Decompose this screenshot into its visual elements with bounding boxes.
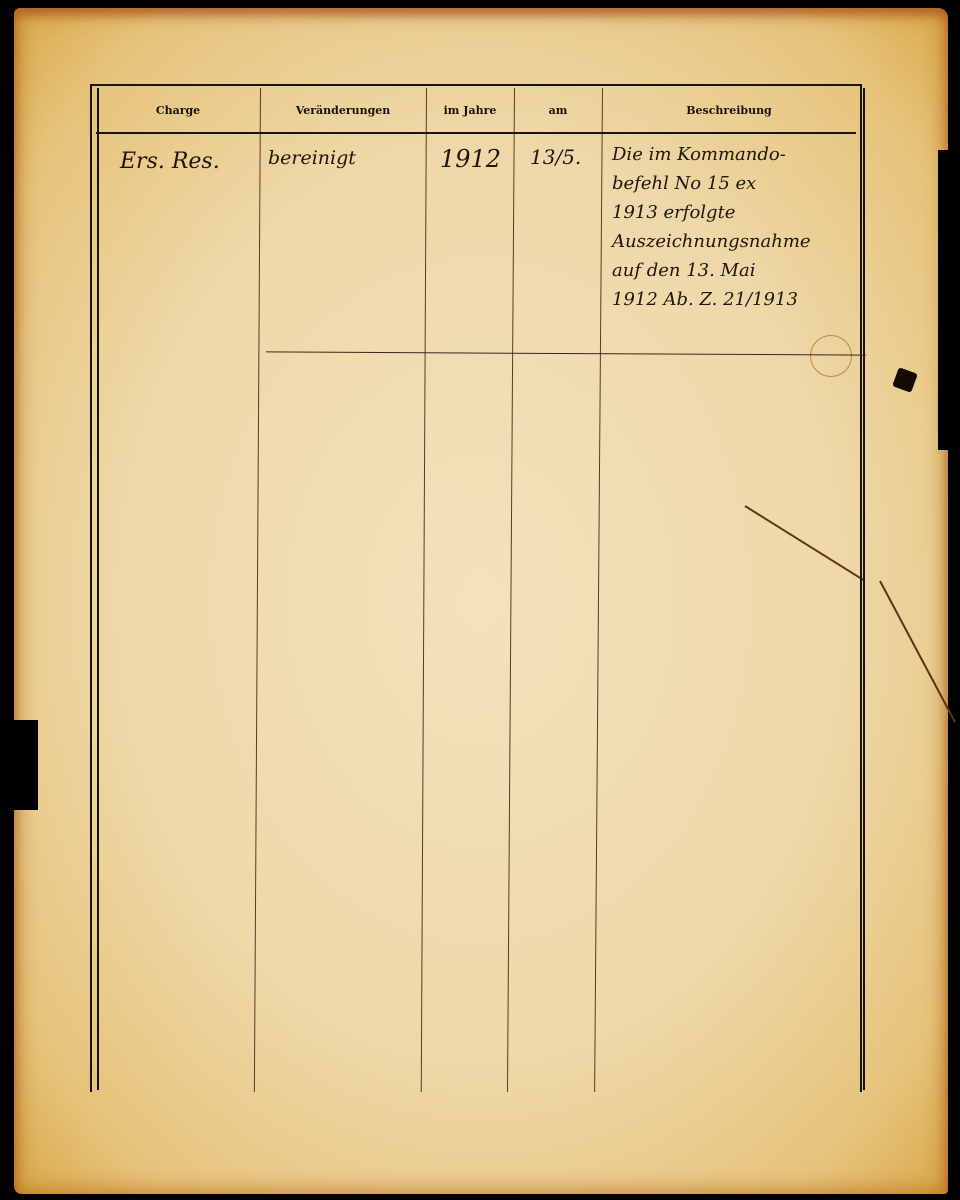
cell-beschreibung: Die im Kommando- befehl No 15 ex 1913 er…	[612, 140, 862, 314]
desc-line: 1912 Ab. Z. 21/1913	[612, 285, 862, 314]
right-double-rule	[863, 88, 865, 1090]
left-double-rule	[97, 88, 99, 1090]
cell-im-jahre: 1912	[440, 146, 501, 172]
desc-line: auf den 13. Mai	[612, 256, 862, 285]
desc-line: befehl No 15 ex	[612, 169, 862, 198]
desc-line: 1913 erfolgte	[612, 198, 862, 227]
desc-line: Auszeichnungsnahme	[612, 227, 862, 256]
header-im-jahre: im Jahre	[426, 88, 514, 132]
desc-line: Die im Kommando-	[612, 140, 862, 169]
header-beschreibung: Beschreibung	[602, 88, 856, 132]
header-rule	[96, 132, 856, 134]
cell-veraenderungen: bereinigt	[268, 148, 356, 169]
header-charge: Charge	[96, 88, 260, 132]
cell-am: 13/5.	[530, 146, 581, 168]
cell-charge: Ers. Res.	[120, 150, 220, 174]
torn-edge-left	[14, 720, 38, 810]
torn-edge-right	[938, 150, 960, 450]
header-veraenderungen: Veränderungen	[260, 88, 426, 132]
header-am: am	[514, 88, 602, 132]
